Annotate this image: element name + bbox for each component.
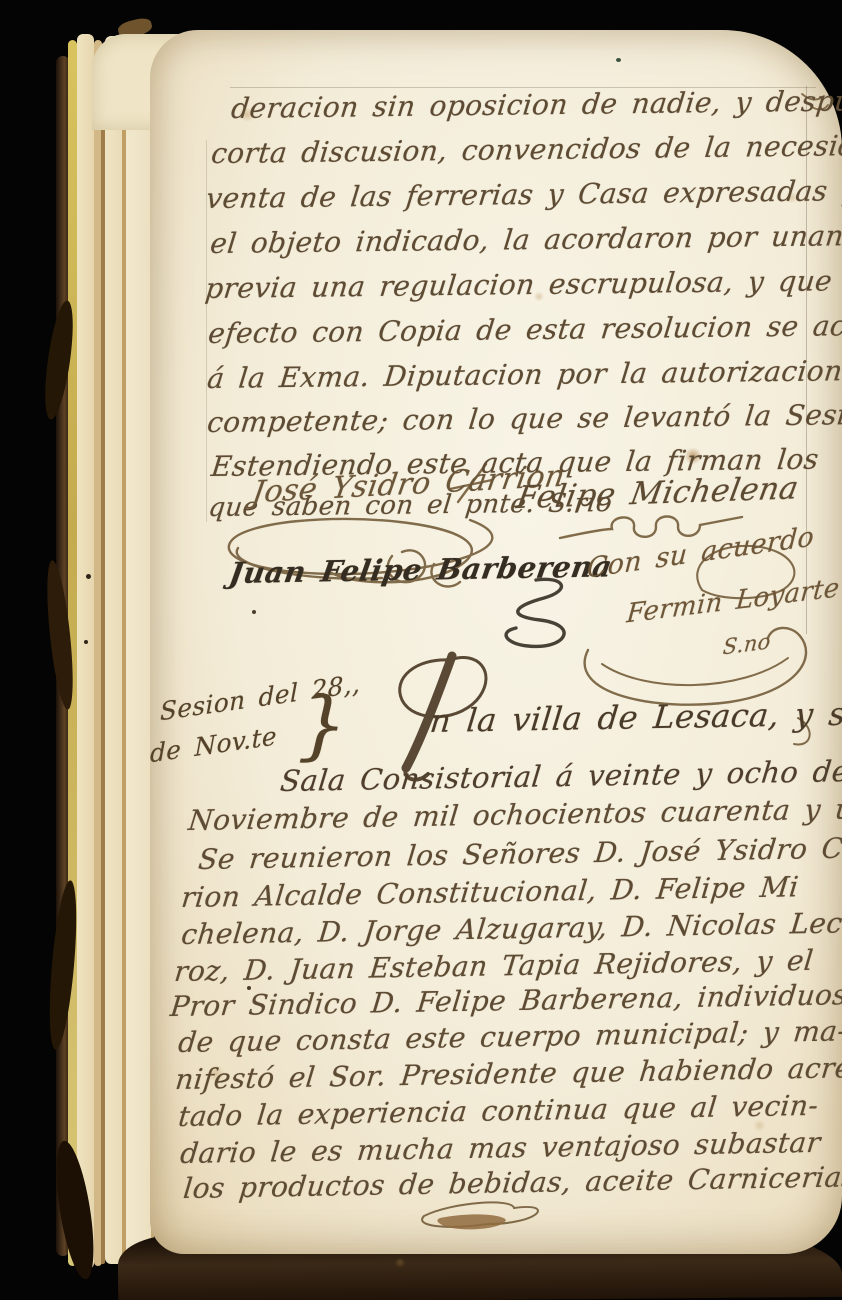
page-edge-cream-1 [77,34,94,1269]
page-edge-cream-3 [126,34,153,1260]
page-edge-cream-2 [105,36,123,1264]
margin-brace: } [297,682,349,767]
signature-barberena: Juan Felipe Barberena [227,551,614,590]
manuscript-line: n la villa de Lesaca, y su [428,696,842,739]
book-scan: deracion sin oposicion de nadie, y despu… [0,0,842,1300]
